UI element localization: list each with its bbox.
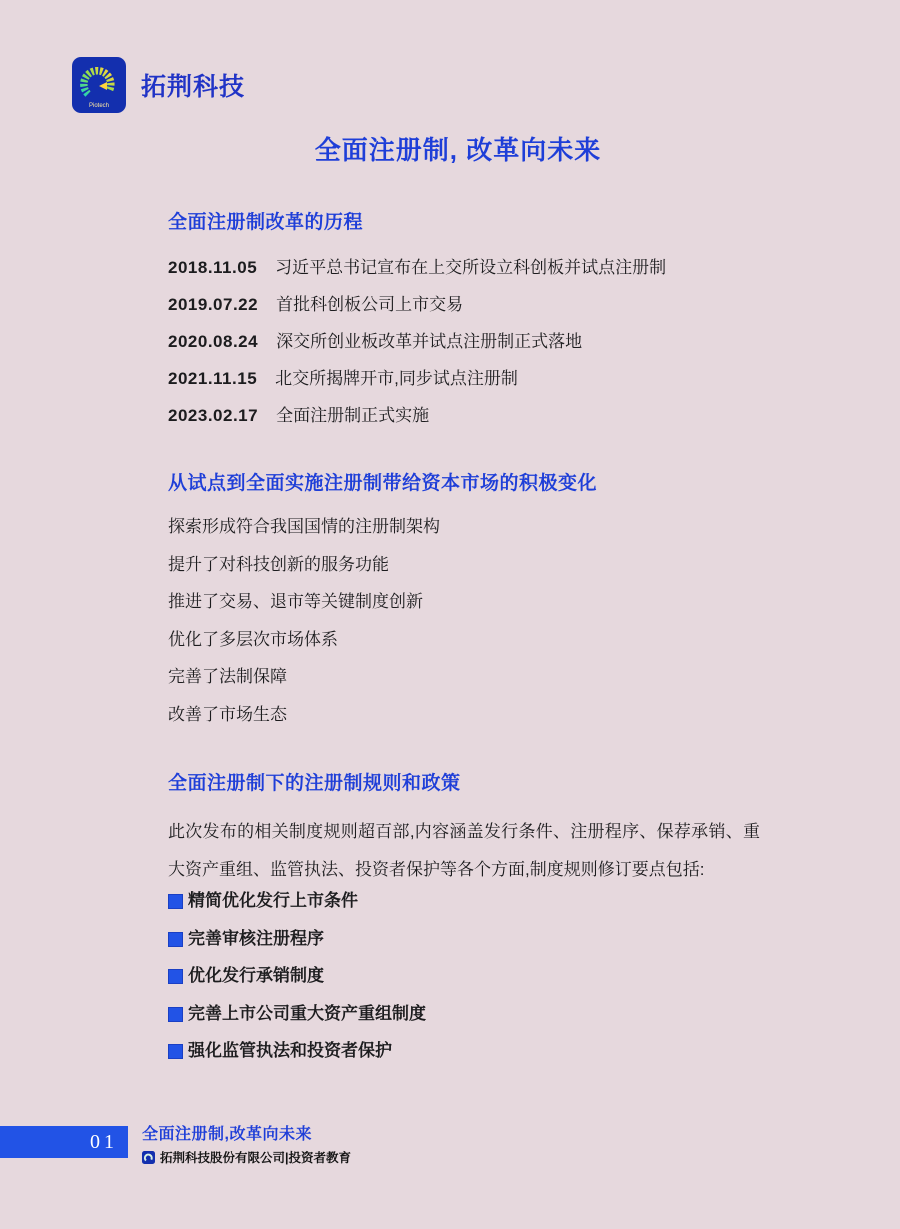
bullet-item: 精简优化发行上市条件 <box>168 891 788 911</box>
bullet-text: 优化发行承销制度 <box>188 966 324 986</box>
square-bullet-icon <box>168 932 183 947</box>
timeline-date: 2023.02.17 <box>168 406 258 426</box>
rules-bullet-list: 精简优化发行上市条件 完善审核注册程序 优化发行承销制度 完善上市公司重大资产重… <box>168 891 788 1061</box>
footer-company-text: 拓荆科技股份有限公司|投资者教育 <box>160 1148 351 1166</box>
timeline-date: 2021.11.15 <box>168 369 257 389</box>
bullet-text: 精简优化发行上市条件 <box>188 891 358 911</box>
list-item: 推进了交易、退市等关键制度创新 <box>168 592 788 612</box>
list-item: 完善了法制保障 <box>168 667 788 687</box>
bullet-item: 完善上市公司重大资产重组制度 <box>168 1004 788 1024</box>
piotech-swirl-logo-icon: Piotech <box>72 57 126 113</box>
timeline-item: 2018.11.05 习近平总书记宣布在上交所设立科创板并试点注册制 <box>168 258 788 278</box>
list-item: 探索形成符合我国国情的注册制架构 <box>168 517 788 537</box>
bullet-text: 完善上市公司重大资产重组制度 <box>188 1004 426 1024</box>
timeline-item: 2019.07.22 首批科创板公司上市交易 <box>168 295 788 315</box>
timeline-event: 深交所创业板改革并试点注册制正式落地 <box>276 332 582 352</box>
page-title: 全面注册制, 改革向未来 <box>0 130 900 167</box>
section-heading: 全面注册制改革的历程 <box>168 210 788 236</box>
bullet-item: 完善审核注册程序 <box>168 929 788 949</box>
footer-doc-title: 全面注册制,改革向未来 <box>142 1126 351 1144</box>
section-positive-changes: 从试点到全面实施注册制带给资本市场的积极变化 探索形成符合我国国情的注册制架构 … <box>168 471 788 742</box>
changes-list: 探索形成符合我国国情的注册制架构 提升了对科技创新的服务功能 推进了交易、退市等… <box>168 517 788 725</box>
timeline-item: 2020.08.24 深交所创业板改革并试点注册制正式落地 <box>168 332 788 352</box>
bullet-text: 完善审核注册程序 <box>188 929 324 949</box>
timeline-date: 2020.08.24 <box>168 332 258 352</box>
logo-subtext: Piotech <box>89 103 109 109</box>
list-item: 提升了对科技创新的服务功能 <box>168 555 788 575</box>
square-bullet-icon <box>168 894 183 909</box>
section-registration-history: 全面注册制改革的历程 2018.11.05 习近平总书记宣布在上交所设立科创板并… <box>168 210 788 443</box>
list-item: 改善了市场生态 <box>168 705 788 725</box>
section-rules-policies: 全面注册制下的注册制规则和政策 此次发布的相关制度规则超百部,内容涵盖发行条件、… <box>168 771 788 1079</box>
company-wordmark: 拓荆科技 <box>141 67 245 103</box>
timeline-event: 习近平总书记宣布在上交所设立科创板并试点注册制 <box>275 258 666 278</box>
timeline-date: 2019.07.22 <box>168 295 258 315</box>
timeline-item: 2021.11.15 北交所揭牌开市,同步试点注册制 <box>168 369 788 389</box>
company-brand: Piotech 拓荆科技 <box>72 57 245 113</box>
document-page: Piotech 拓荆科技 全面注册制, 改革向未来 全面注册制改革的历程 201… <box>0 0 900 1229</box>
rules-paragraph: 此次发布的相关制度规则超百部,内容涵盖发行条件、注册程序、保荐承销、重大资产重组… <box>168 813 760 888</box>
section-heading: 从试点到全面实施注册制带给资本市场的积极变化 <box>168 471 788 497</box>
piotech-mini-logo-icon <box>142 1151 155 1164</box>
bullet-text: 强化监管执法和投资者保护 <box>188 1041 392 1061</box>
footer-company-row: 拓荆科技股份有限公司|投资者教育 <box>142 1148 351 1166</box>
timeline-item: 2023.02.17 全面注册制正式实施 <box>168 406 788 426</box>
square-bullet-icon <box>168 1007 183 1022</box>
timeline-event: 北交所揭牌开市,同步试点注册制 <box>275 369 518 389</box>
timeline-date: 2018.11.05 <box>168 258 257 278</box>
bullet-item: 优化发行承销制度 <box>168 966 788 986</box>
page-number: 01 <box>90 1131 128 1154</box>
timeline-list: 2018.11.05 习近平总书记宣布在上交所设立科创板并试点注册制 2019.… <box>168 258 788 426</box>
timeline-event: 首批科创板公司上市交易 <box>276 295 463 315</box>
footer-page-number-bar: 01 <box>0 1126 128 1158</box>
bullet-item: 强化监管执法和投资者保护 <box>168 1041 788 1061</box>
section-heading: 全面注册制下的注册制规则和政策 <box>168 771 788 797</box>
timeline-event: 全面注册制正式实施 <box>276 406 429 426</box>
square-bullet-icon <box>168 1044 183 1059</box>
square-bullet-icon <box>168 969 183 984</box>
list-item: 优化了多层次市场体系 <box>168 630 788 650</box>
footer-meta: 全面注册制,改革向未来 拓荆科技股份有限公司|投资者教育 <box>142 1126 351 1166</box>
